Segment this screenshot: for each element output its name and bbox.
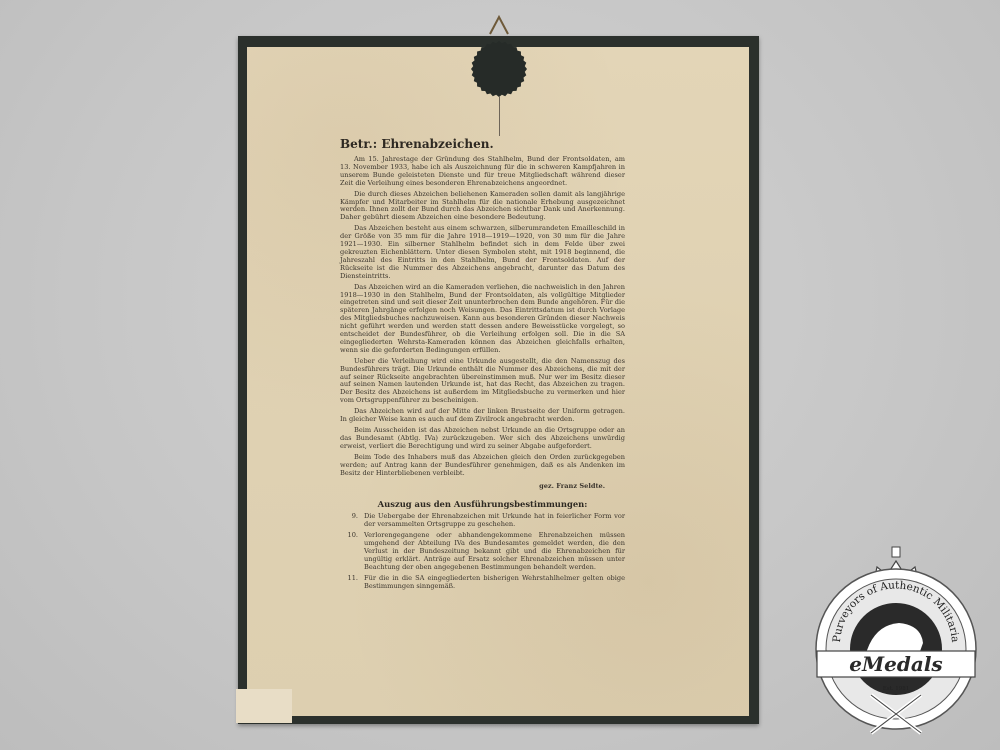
regulation-item: 11.Für die in die SA eingegliederten bis… [340, 575, 625, 591]
brand-text: eMedals [849, 652, 942, 676]
document-text: Betr.: Ehrenabzeichen. Am 15. Jahrestage… [340, 136, 625, 594]
black-seal-rosette-icon [470, 40, 528, 98]
paragraph: Die durch dieses Abzeichen beliehenen Ka… [340, 191, 625, 223]
regulation-items: 9.Die Uebergabe der Ehrenabzeichen mit U… [340, 513, 625, 590]
emedals-watermark-logo: Purveyors of Authentic Militaria eMedals… [803, 545, 989, 741]
paragraph: Am 15. Jahrestage der Gründung des Stahl… [340, 156, 625, 188]
seal-string [499, 96, 500, 136]
paragraph: Ueber die Verleihung wird eine Urkunde a… [340, 358, 625, 405]
paragraph: Beim Tode des Inhabers muß das Abzeichen… [340, 454, 625, 478]
item-text: Die Uebergabe der Ehrenabzeichen mit Urk… [364, 513, 625, 529]
item-number: 9. [340, 513, 364, 529]
subheading: Auszug aus den Ausführungsbestimmungen: [340, 499, 625, 509]
item-number: 11. [340, 575, 364, 591]
regulation-item: 10.Verlorengegangene oder abhandengekomm… [340, 532, 625, 572]
paragraph: Beim Ausscheiden ist das Abzeichen nebst… [340, 427, 625, 451]
regulation-item: 9.Die Uebergabe der Ehrenabzeichen mit U… [340, 513, 625, 529]
item-number: 10. [340, 532, 364, 572]
paragraph: Das Abzeichen wird auf der Mitte der lin… [340, 408, 625, 424]
item-text: Für die in die SA eingegliederten bisher… [364, 575, 625, 591]
document-heading: Betr.: Ehrenabzeichen. [340, 136, 625, 152]
paragraph: Das Abzeichen wird an die Kameraden verl… [340, 284, 625, 355]
signature: gez. Franz Seldte. [340, 483, 605, 491]
torn-corner [236, 689, 292, 723]
paragraph: Das Abzeichen besteht aus einem schwarze… [340, 225, 625, 280]
paragraphs: Am 15. Jahrestage der Gründung des Stahl… [340, 156, 625, 477]
hanger-wire-icon [486, 14, 512, 36]
item-text: Verlorengegangene oder abhandengekommene… [364, 532, 625, 572]
established-text: Est. 1981 [883, 686, 910, 692]
